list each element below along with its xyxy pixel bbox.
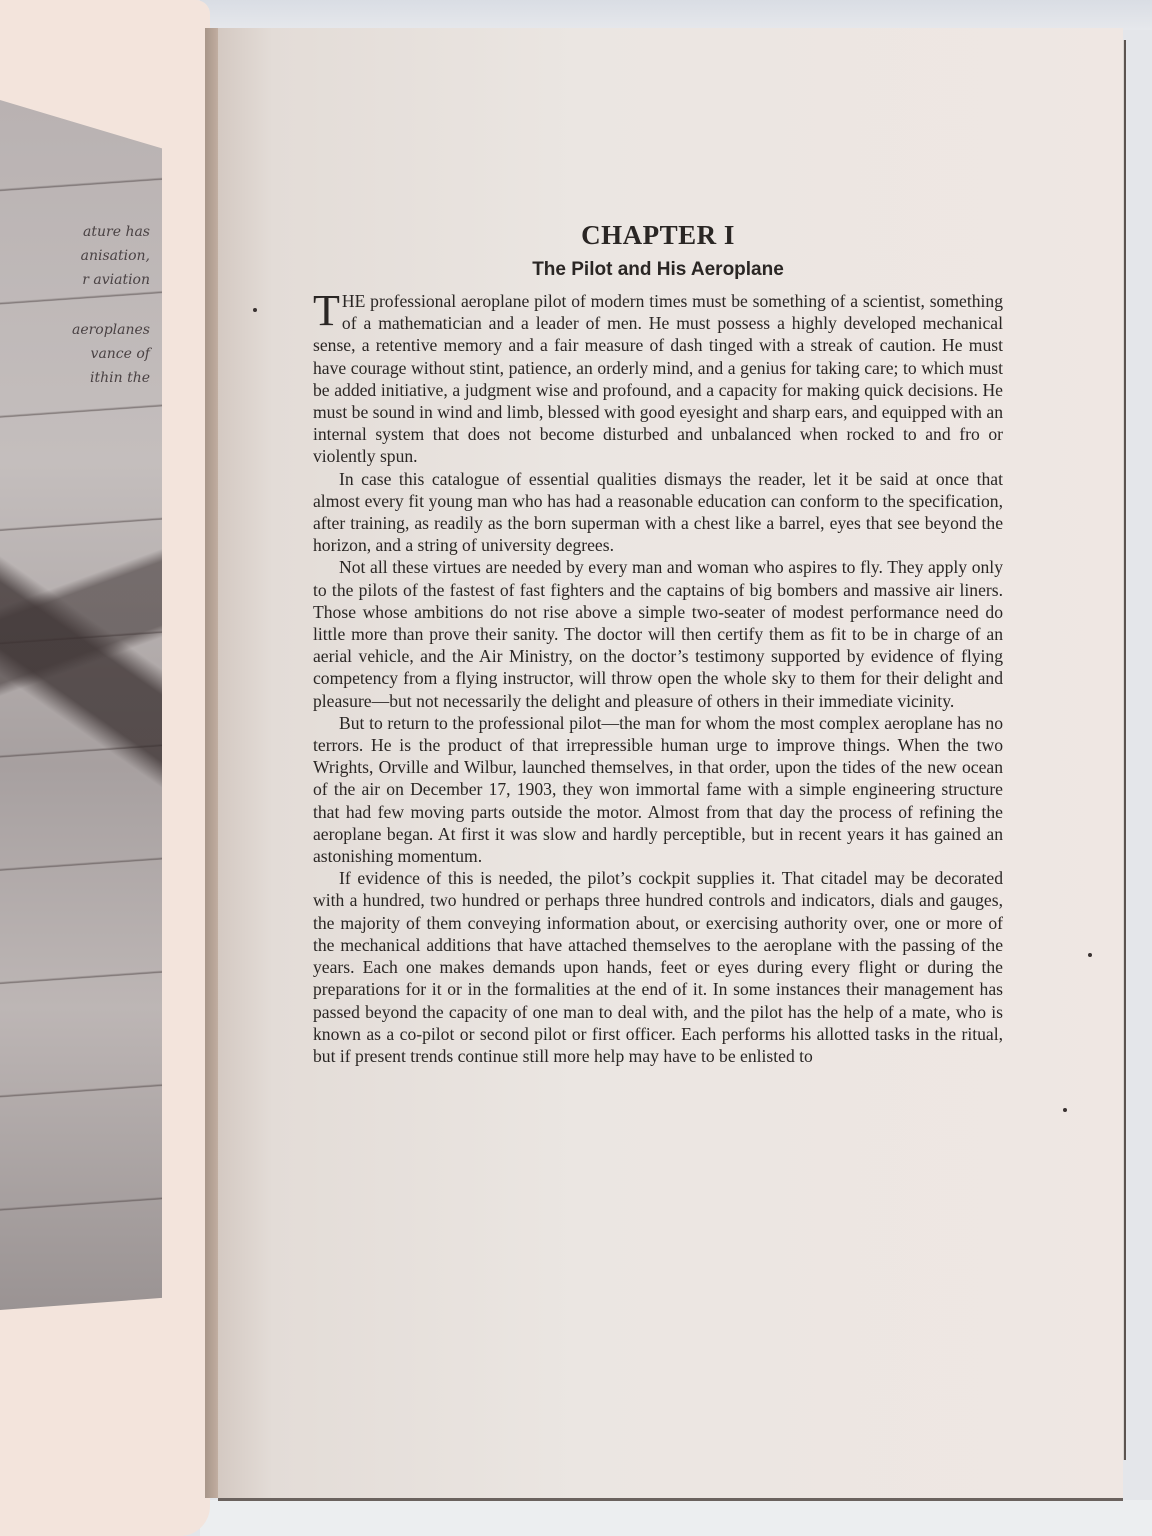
backdrop xyxy=(200,0,1152,30)
caption-line: ature has xyxy=(0,220,150,244)
left-page: ature has anisation, r aviation aeroplan… xyxy=(0,0,210,1536)
right-page: CHAPTER I The Pilot and His Aeroplane TH… xyxy=(218,28,1123,1501)
chapter-title: CHAPTER I xyxy=(313,218,1003,252)
photo-caption: ature has anisation, r aviation aeroplan… xyxy=(0,220,150,390)
paragraph: In case this catalogue of essential qual… xyxy=(313,468,1003,557)
drop-cap: T xyxy=(313,292,340,330)
caption-line: anisation, xyxy=(0,244,150,268)
backdrop xyxy=(200,1500,1152,1536)
chapter-subtitle: The Pilot and His Aeroplane xyxy=(313,258,1003,282)
paper-speck xyxy=(1063,1108,1067,1112)
caption-line: vance of xyxy=(0,342,150,366)
paragraph: Not all these virtues are needed by ever… xyxy=(313,556,1003,711)
paragraph-text: HE professional aeroplane pilot of moder… xyxy=(313,291,1003,466)
paragraph: If evidence of this is needed, the pilot… xyxy=(313,867,1003,1067)
paragraph: But to return to the professional pilot—… xyxy=(313,712,1003,867)
paper-speck xyxy=(1088,953,1092,957)
caption-line: ithin the xyxy=(0,366,150,390)
chapter-text: CHAPTER I The Pilot and His Aeroplane TH… xyxy=(313,218,1003,1067)
paragraph: THE professional aeroplane pilot of mode… xyxy=(313,290,1003,468)
caption-line: aeroplanes xyxy=(0,318,150,342)
caption-line: r aviation xyxy=(0,268,150,292)
paper-speck xyxy=(253,308,257,312)
